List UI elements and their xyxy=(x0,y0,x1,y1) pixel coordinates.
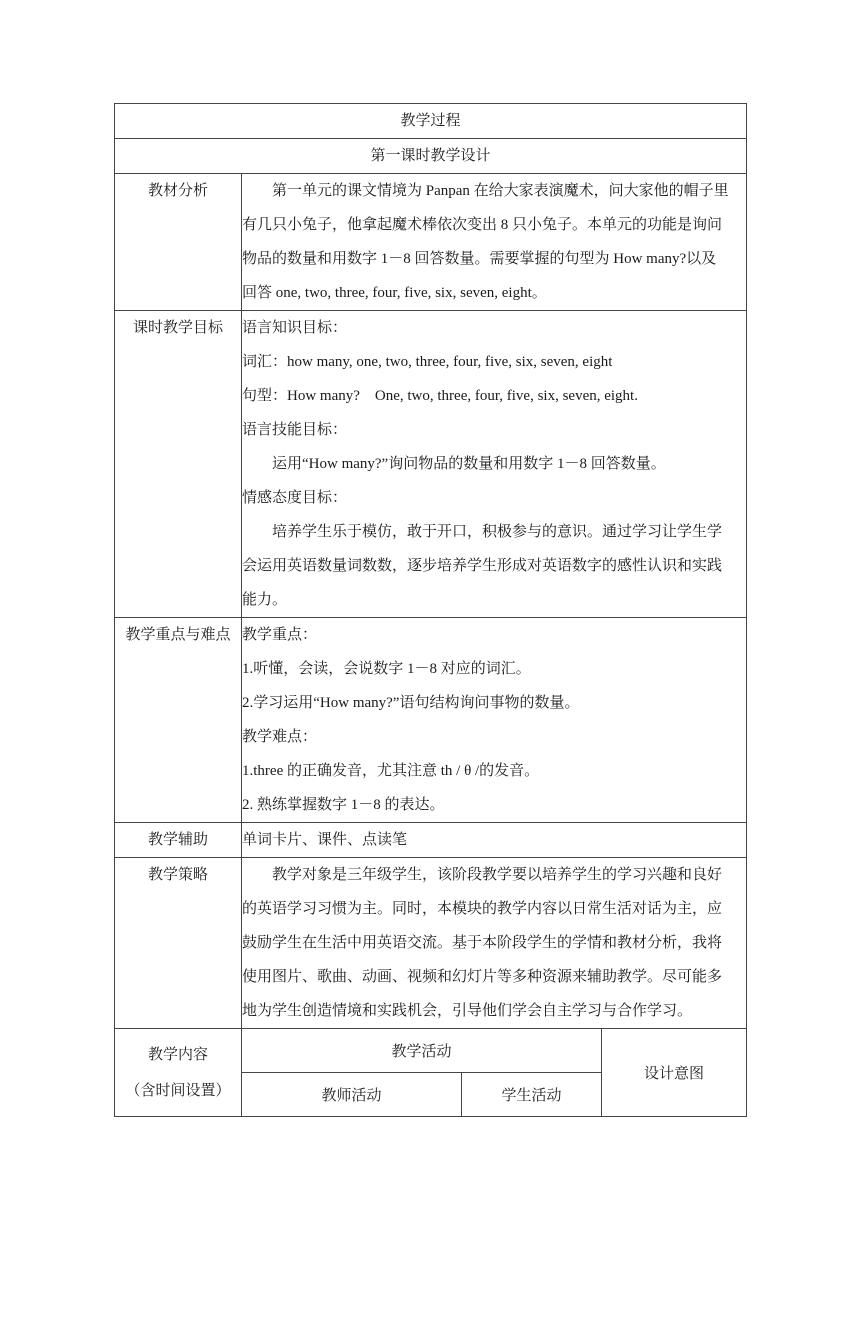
table-row: 教学辅助 单词卡片、课件、点读笔 xyxy=(115,823,747,858)
text-line: 1.three 的正确发音，尤其注意 th / θ /的发音。 xyxy=(242,754,746,788)
text-line: 教学对象是三年级学生，该阶段教学要以培养学生的学习兴趣和良好 xyxy=(242,858,746,892)
table-row: 教材分析 第一单元的课文情境为 Panpan 在给大家表演魔术，问大家他的帽子里… xyxy=(115,174,747,311)
section-label-teaching-aids: 教学辅助 xyxy=(115,823,242,858)
text-line: 鼓励学生在生活中用英语交流。基于本阶段学生的学情和教材分析，我将 xyxy=(242,926,746,960)
text-line: 句型：How many? One, two, three, four, five… xyxy=(242,379,746,413)
text-line: 的英语学习习惯为主。同时，本模块的教学内容以日常生活对话为主，应 xyxy=(242,892,746,926)
section-label-key-points-difficulties: 教学重点与难点 xyxy=(115,618,242,823)
text-line: 使用图片、歌曲、动画、视频和幻灯片等多种资源来辅助教学。尽可能多 xyxy=(242,960,746,994)
text-line: 运用“How many?”询问物品的数量和用数字 1－8 回答数量。 xyxy=(242,447,746,481)
text-line: 教学重点： xyxy=(242,618,746,652)
section-content-teaching-strategy: 教学对象是三年级学生，该阶段教学要以培养学生的学习兴趣和良好的英语学习习惯为主。… xyxy=(242,858,747,1029)
table-row: 教学策略 教学对象是三年级学生，该阶段教学要以培养学生的学习兴趣和良好的英语学习… xyxy=(115,858,747,1029)
text-line: （含时间设置） xyxy=(115,1073,241,1109)
teaching-activities-header: 教学活动 xyxy=(242,1029,602,1073)
table-row: 教学过程 xyxy=(115,104,747,139)
text-line: 词汇：how many, one, two, three, four, five… xyxy=(242,345,746,379)
text-line: 回答 one, two, three, four, five, six, sev… xyxy=(242,276,746,310)
teaching-content-label: 教学内容（含时间设置） xyxy=(115,1029,242,1117)
text-line: 语言知识目标： xyxy=(242,311,746,345)
student-activities-header: 学生活动 xyxy=(462,1073,602,1117)
table-row: 课时教学目标 语言知识目标：词汇：how many, one, two, thr… xyxy=(115,311,747,618)
table-row: 教学内容（含时间设置） 教学活动 设计意图 xyxy=(115,1029,747,1073)
section-label-lesson-objectives: 课时教学目标 xyxy=(115,311,242,618)
lesson-plan-table: 教学过程 第一课时教学设计 教材分析 第一单元的课文情境为 Panpan 在给大… xyxy=(114,103,747,1117)
section-content-teaching-aids: 单词卡片、课件、点读笔 xyxy=(242,823,747,858)
text-line: 能力。 xyxy=(242,583,746,617)
section-content-key-points-difficulties: 教学重点：1.听懂，会读，会说数字 1－8 对应的词汇。2.学习运用“How m… xyxy=(242,618,747,823)
text-line: 单词卡片、课件、点读笔 xyxy=(242,823,746,857)
text-line: 物品的数量和用数字 1－8 回答数量。需要掌握的句型为 How many?以及 xyxy=(242,242,746,276)
table-row: 教学重点与难点 教学重点：1.听懂，会读，会说数字 1－8 对应的词汇。2.学习… xyxy=(115,618,747,823)
page-subtitle: 第一课时教学设计 xyxy=(115,139,747,174)
text-line: 情感态度目标： xyxy=(242,481,746,515)
section-content-lesson-objectives: 语言知识目标：词汇：how many, one, two, three, fou… xyxy=(242,311,747,618)
table-row: 第一课时教学设计 xyxy=(115,139,747,174)
section-label-textbook-analysis: 教材分析 xyxy=(115,174,242,311)
page-title: 教学过程 xyxy=(115,104,747,139)
design-intent-header: 设计意图 xyxy=(602,1029,747,1117)
text-line: 会运用英语数量词数数，逐步培养学生形成对英语数字的感性认识和实践 xyxy=(242,549,746,583)
text-line: 有几只小兔子，他拿起魔术棒依次变出 8 只小兔子。本单元的功能是询问 xyxy=(242,208,746,242)
text-line: 语言技能目标： xyxy=(242,413,746,447)
section-content-textbook-analysis: 第一单元的课文情境为 Panpan 在给大家表演魔术，问大家他的帽子里有几只小兔… xyxy=(242,174,747,311)
text-line: 第一单元的课文情境为 Panpan 在给大家表演魔术，问大家他的帽子里 xyxy=(242,174,746,208)
text-line: 地为学生创造情境和实践机会，引导他们学会自主学习与合作学习。 xyxy=(242,994,746,1028)
text-line: 教学难点： xyxy=(242,720,746,754)
text-line: 1.听懂，会读，会说数字 1－8 对应的词汇。 xyxy=(242,652,746,686)
text-line: 培养学生乐于模仿，敢于开口，积极参与的意识。通过学习让学生学 xyxy=(242,515,746,549)
teacher-activities-header: 教师活动 xyxy=(242,1073,462,1117)
text-line: 2. 熟练掌握数字 1－8 的表达。 xyxy=(242,788,746,822)
text-line: 2.学习运用“How many?”语句结构询问事物的数量。 xyxy=(242,686,746,720)
section-label-teaching-strategy: 教学策略 xyxy=(115,858,242,1029)
text-line: 教学内容 xyxy=(115,1037,241,1073)
